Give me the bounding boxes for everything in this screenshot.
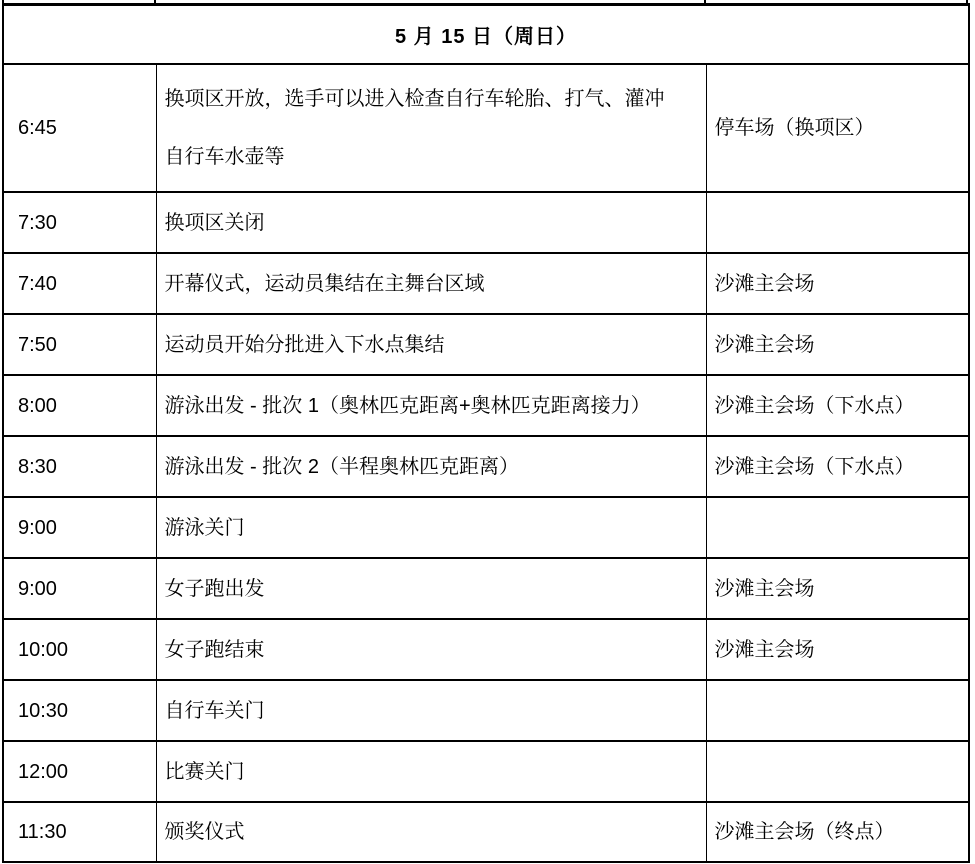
time-cell: 10:30: [3, 680, 156, 741]
event-cell: 女子跑结束: [156, 619, 706, 680]
location-cell: [706, 680, 969, 741]
event-cell: 换项区开放，选手可以进入检查自行车轮胎、打气、灌冲 自行车水壶等: [156, 64, 706, 192]
location-cell: [706, 741, 969, 802]
location-cell: 沙滩主会场（下水点）: [706, 436, 969, 497]
event-schedule-table: 5 月 15 日（周日） 6:45 换项区开放，选手可以进入检查自行车轮胎、打气…: [2, 3, 970, 863]
location-cell: 沙滩主会场（终点）: [706, 802, 969, 862]
time-cell: 12:00: [3, 741, 156, 802]
table-row: 8:30 游泳出发 - 批次 2（半程奥林匹克距离） 沙滩主会场（下水点）: [3, 436, 969, 497]
time-cell: 9:00: [3, 497, 156, 558]
time-cell: 8:30: [3, 436, 156, 497]
location-cell: 沙滩主会场: [706, 558, 969, 619]
table-header-row: 5 月 15 日（周日）: [3, 5, 969, 65]
location-cell: 沙滩主会场: [706, 619, 969, 680]
table-row: 6:45 换项区开放，选手可以进入检查自行车轮胎、打气、灌冲 自行车水壶等 停车…: [3, 64, 969, 192]
event-cell: 自行车关门: [156, 680, 706, 741]
event-cell: 比赛关门: [156, 741, 706, 802]
time-cell: 11:30: [3, 802, 156, 862]
time-cell: 8:00: [3, 375, 156, 436]
schedule-sheet: 5 月 15 日（周日） 6:45 换项区开放，选手可以进入检查自行车轮胎、打气…: [0, 0, 975, 864]
event-cell: 开幕仪式，运动员集结在主舞台区域: [156, 253, 706, 314]
time-cell: 9:00: [3, 558, 156, 619]
table-row: 8:00 游泳出发 - 批次 1（奥林匹克距离+奥林匹克距离接力） 沙滩主会场（…: [3, 375, 969, 436]
event-cell: 游泳关门: [156, 497, 706, 558]
table-row: 10:00 女子跑结束 沙滩主会场: [3, 619, 969, 680]
location-cell: 停车场（换项区）: [706, 64, 969, 192]
event-cell: 女子跑出发: [156, 558, 706, 619]
table-row: 7:40 开幕仪式，运动员集结在主舞台区域 沙滩主会场: [3, 253, 969, 314]
location-cell: 沙滩主会场: [706, 314, 969, 375]
time-cell: 10:00: [3, 619, 156, 680]
event-cell: 运动员开始分批进入下水点集结: [156, 314, 706, 375]
location-cell: [706, 497, 969, 558]
time-cell: 7:40: [3, 253, 156, 314]
time-cell: 7:30: [3, 192, 156, 253]
table-row: 7:50 运动员开始分批进入下水点集结 沙滩主会场: [3, 314, 969, 375]
location-cell: [706, 192, 969, 253]
time-cell: 7:50: [3, 314, 156, 375]
table-row: 9:00 女子跑出发 沙滩主会场: [3, 558, 969, 619]
event-cell: 游泳出发 - 批次 1（奥林匹克距离+奥林匹克距离接力）: [156, 375, 706, 436]
date-header: 5 月 15 日（周日）: [3, 5, 969, 65]
table-row: 11:30 颁奖仪式 沙滩主会场（终点）: [3, 802, 969, 862]
table-row: 7:30 换项区关闭: [3, 192, 969, 253]
location-cell: 沙滩主会场（下水点）: [706, 375, 969, 436]
location-cell: 沙滩主会场: [706, 253, 969, 314]
event-cell: 换项区关闭: [156, 192, 706, 253]
table-row: 12:00 比赛关门: [3, 741, 969, 802]
table-row: 9:00 游泳关门: [3, 497, 969, 558]
event-cell: 颁奖仪式: [156, 802, 706, 862]
table-row: 10:30 自行车关门: [3, 680, 969, 741]
event-cell: 游泳出发 - 批次 2（半程奥林匹克距离）: [156, 436, 706, 497]
time-cell: 6:45: [3, 64, 156, 192]
